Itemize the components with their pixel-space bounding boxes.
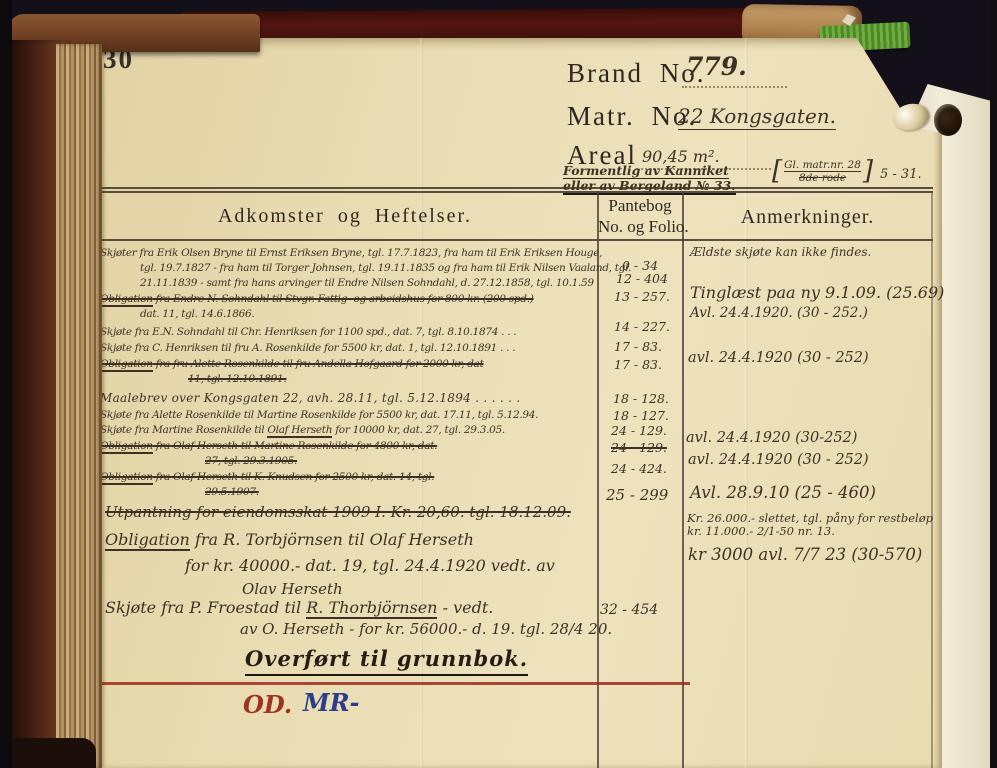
entry-9-line-1: Obligation fra Olaf Herseth til Martine … <box>100 440 437 452</box>
anmerkning: Tinglæst paa ny 9.1.09. (25.69) <box>690 283 944 302</box>
scanned-register-page: 30 Brand No. 779. Matr. No. 22 Kongsgate… <box>0 0 997 768</box>
entry-1-line-1: Skjøter fra Erik Olsen Bryne til Ernst E… <box>100 247 602 259</box>
cover-corner-bottom-left <box>0 738 96 768</box>
entry-12-text: fra R. Torbjörnsen til Olaf Herseth <box>190 530 474 549</box>
matr-value: 22 Kongsgaten. <box>678 104 836 130</box>
anmerkning: avl. 24.4.1920 (30 - 252) <box>688 350 869 366</box>
page-crease-right <box>745 38 748 768</box>
table-top-rule-2 <box>95 191 933 193</box>
header-bottom-rule <box>95 239 933 241</box>
brand-value: 779. <box>686 52 747 81</box>
bracket-open: [ <box>772 158 782 184</box>
col-header-anmerkninger: Anmerkninger. <box>684 206 931 229</box>
entry-8-text: for 10000 kr, dat. 27, tgl. 29.3.05. <box>332 424 505 436</box>
entry-10-keyword: Obligation <box>100 471 153 485</box>
entry-6: Maalebrev over Kongsgaten 22, avh. 28.11… <box>100 391 520 405</box>
entry-13-line-2: av O. Herseth - for kr. 56000.- d. 19. t… <box>240 620 612 638</box>
entry-3: Skjøte fra E.N. Sohndahl til Chr. Henrik… <box>100 326 516 338</box>
entry-2-line-2: dat. 11, tgl. 14.6.1866. <box>140 308 254 320</box>
provenance-note-line1: Formentlig av Kanniket <box>563 163 729 179</box>
entry-10-line-1: Obligation fra Olaf Herseth til K. Knuds… <box>100 471 434 483</box>
entry-8: Skjøte fra Martine Rosenkilde til Olaf H… <box>100 424 505 436</box>
entry-13-keyword: R. Thorbjörnsen <box>306 598 437 619</box>
folio-value: 14 - 227. <box>614 319 670 334</box>
entry-5-text: fra fru Alette Rosenkilde til fru Andell… <box>153 358 484 370</box>
entry-1-line-2: tgl. 19.7.1827 - fra ham til Torger John… <box>140 262 631 274</box>
folio-value: 24 - 129. <box>611 423 667 438</box>
bracket-close: ] <box>863 158 873 184</box>
anmerkning-green: kr. 11.000.- 2/1-50 nr. 13. <box>687 524 835 538</box>
folio-value: 12 - 404 <box>616 271 668 286</box>
old-matr-line2: 8de rode <box>784 172 861 184</box>
entry-9-keyword: Obligation <box>100 440 153 454</box>
entry-5-line-1: Obligation fra fru Alette Rosenkilde til… <box>100 358 484 370</box>
entry-13-pre: Skjøte fra P. Froestad til <box>105 598 306 617</box>
col-header-adkomster: Adkomster og Heftelser. <box>100 205 590 228</box>
entry-1-line-3: 21.11.1839 - samt fra hans arvinger til … <box>140 277 594 289</box>
folio-value: 24 - 424. <box>611 461 667 476</box>
folio-value: 18 - 127. <box>613 408 669 423</box>
entry-9-text: fra Olaf Herseth til Martine Rosenkilde … <box>153 440 437 452</box>
entry-5-line-2: 11, tgl. 12.10.1891. <box>188 373 286 385</box>
folio-value: 17 - 83. <box>614 339 662 354</box>
entry-11: Utpantning for eiendomsskat 1909 I. Kr. … <box>105 503 571 521</box>
red-rule <box>100 682 690 685</box>
anmerkning: kr 3000 avl. 7/7 23 (30-570) <box>688 545 922 564</box>
entry-2-line-1: Obligation fra Endre N. Sohndahl til Stv… <box>100 293 534 305</box>
entry-2-keyword: Obligation <box>100 293 153 307</box>
initials-blue: MR- <box>303 688 359 717</box>
entry-9-line-2: 27, tgl. 29.3.1905. <box>205 455 297 467</box>
outer-shadow-left <box>0 0 12 768</box>
book-edge-maroon <box>182 8 768 42</box>
brand-leader-line <box>682 85 787 88</box>
col-header-pantebog-2: No. og Folio. <box>598 217 682 237</box>
entry-12-keyword: Obligation <box>105 530 190 551</box>
entry-8-keyword: Olaf Herseth <box>267 424 332 438</box>
table-top-rule-1 <box>95 187 933 189</box>
folio-value: 32 - 454 <box>600 602 658 618</box>
entry-12-line-1: Obligation fra R. Torbjörnsen til Olaf H… <box>105 530 474 549</box>
ref-note: 5 - 31. <box>880 167 922 182</box>
outer-shadow-right <box>990 0 997 768</box>
folio-value: 17 - 83. <box>614 357 662 372</box>
entry-13-line-1: Skjøte fra P. Froestad til R. Thorbjörns… <box>105 598 493 617</box>
old-matr-line1: Gl. matr.nr. 28 <box>784 159 861 172</box>
entry-10-text: fra Olaf Herseth til K. Knudsen for 2500… <box>153 471 435 483</box>
anmerkning: avl. 24.4.1920 (30-252) <box>686 430 857 446</box>
folio-value: 18 - 128. <box>613 391 669 406</box>
table-right-rule <box>931 191 933 768</box>
anmerkning: Ældste skjøte kan ikke findes. <box>690 245 871 259</box>
entry-7: Skjøte fra Alette Rosenkilde til Martine… <box>100 409 538 421</box>
anmerkning: Avl. 24.4.1920. (30 - 252.) <box>690 305 868 321</box>
transfer-note: Overført til grunnbok. <box>245 646 528 676</box>
folio-value: 13 - 257. <box>614 289 670 304</box>
initials-red: OD. <box>243 690 292 719</box>
entry-4: Skjøte fra C. Henriksen til fru A. Rosen… <box>100 342 515 354</box>
entry-13-text: - vedt. <box>437 598 493 617</box>
entry-10-line-2: 29.5.1907. <box>205 486 259 498</box>
anmerkning: Avl. 28.9.10 (25 - 460) <box>690 483 876 502</box>
entry-12-line-3: Olav Herseth <box>242 580 343 598</box>
entry-2-text: fra Endre N. Sohndahl til Stvgr. Fattig-… <box>153 293 534 305</box>
entry-8-pre: Skjøte fra Martine Rosenkilde til <box>100 424 267 436</box>
folio-value: 24 - 129. <box>611 440 667 455</box>
entry-12-line-2: for kr. 40000.- dat. 19, tgl. 24.4.1920 … <box>185 556 555 575</box>
entry-5-keyword: Obligation <box>100 358 153 372</box>
punch-hole <box>934 104 962 136</box>
anmerkning: avl. 24.4.1920 (30 - 252) <box>688 452 869 468</box>
old-matr-note: [ Gl. matr.nr. 28 8de rode ] <box>772 158 873 184</box>
folio-value: 25 - 299 <box>606 486 668 504</box>
col-header-pantebog-1: Pantebog <box>598 196 682 216</box>
anmerkning-green: Kr. 26.000.- slettet, tgl. påny for rest… <box>687 511 933 525</box>
page-stack-edge <box>56 44 102 768</box>
